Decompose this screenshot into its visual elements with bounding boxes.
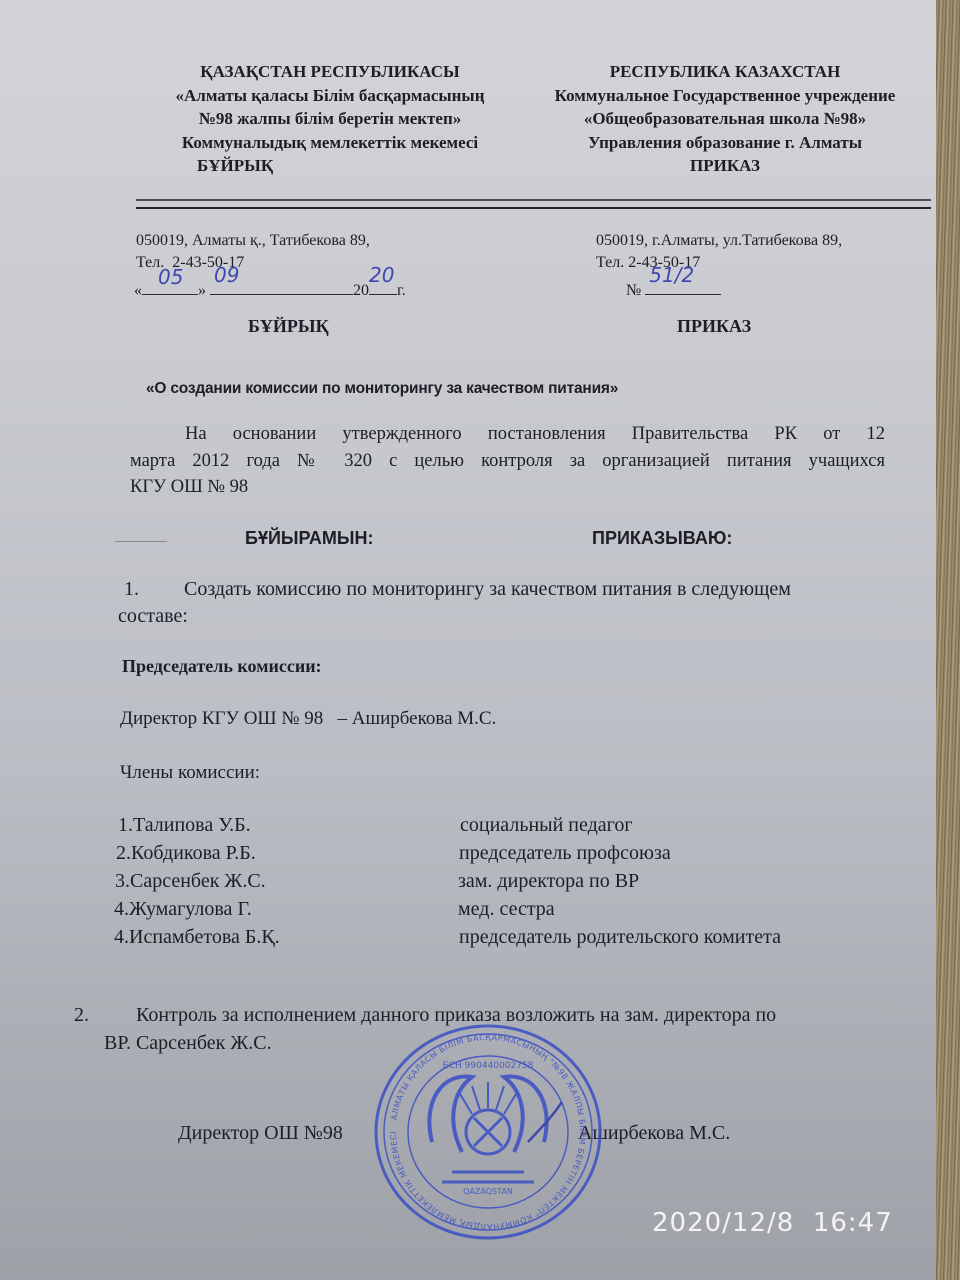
item-2-text-cont: ВР. Сарсенбек Ж.С.	[104, 1032, 272, 1055]
date-month-handwritten: 09	[214, 264, 239, 286]
header-kazakh-line: Коммуналыдық мемлекеттік мекемесі	[140, 131, 520, 155]
stamp-bin: БСН 990440002758	[443, 1061, 534, 1071]
member-name: 2.Кобдикова Р.Б.	[116, 842, 256, 865]
address-right-phone: Тел. 2-43-50-17	[596, 252, 842, 274]
header-divider-thick	[136, 207, 931, 209]
address-right-line: 050019, г.Алматы, ул.Татибекова 89,	[596, 230, 842, 252]
chairman-value: Директор КГУ ОШ № 98 – Аширбекова М.С.	[120, 708, 496, 730]
member-name: 4.Испамбетова Б.Қ.	[114, 926, 280, 949]
photo-timestamp: 2020/12/8 16:47	[652, 1208, 893, 1238]
address-left-line: 050019, Алматы қ., Татибекова 89,	[136, 230, 370, 252]
member-name: 4.Жумагулова Г.	[114, 898, 252, 921]
member-role: председатель профсоюза	[459, 842, 671, 865]
order-number-handwritten: 51/2	[649, 264, 694, 286]
preamble-line-2: марта 2012 года № 320 с целью контроля з…	[130, 451, 885, 472]
order-title-russian: ПРИКАЗ	[677, 316, 751, 337]
year-suffix-g: г.	[397, 282, 406, 299]
preamble-line-1: На основании утвержденного постановления…	[185, 424, 885, 445]
document-page: ҚАЗАҚСТАН РЕСПУБЛИКАСЫ «Алматы қаласы Бі…	[0, 0, 936, 1280]
chairman-label: Председатель комиссии:	[122, 656, 322, 677]
date-day-line: 05	[142, 276, 198, 295]
date-open-quote: «	[134, 282, 142, 299]
header-kazakh-line: №98 жалпы білім беретін мектеп»	[140, 107, 520, 131]
date-field: «05» 092020г.	[134, 276, 406, 302]
date-day-handwritten: 05	[158, 266, 183, 288]
order-subject: «О создании комиссии по мониторингу за к…	[146, 380, 618, 398]
command-dash	[115, 541, 167, 542]
header-russian-line: РЕСПУБЛИКА КАЗАХСТАН	[520, 60, 930, 84]
command-russian: ПРИКАЗЫВАЮ:	[592, 528, 732, 549]
year-prefix: 20	[353, 282, 369, 299]
member-name: 1.Талипова У.Б.	[118, 814, 251, 837]
item-1-text-cont: составе:	[118, 605, 188, 628]
header-russian-line: Коммунальное Государственное учреждение	[520, 84, 930, 108]
date-close-quote: »	[198, 282, 206, 299]
item-1-number: 1.	[124, 578, 139, 601]
order-number-line: 51/2	[645, 276, 721, 295]
wood-edge-background	[936, 0, 960, 1280]
member-role: председатель родительского комитета	[459, 926, 781, 949]
member-name: 3.Сарсенбек Ж.С.	[115, 870, 266, 893]
header-kazakh-doctype: БҰЙРЫҚ	[140, 154, 520, 178]
header-russian-line: Управления образование г. Алматы	[520, 131, 930, 155]
signature-title: Директор ОШ №98	[178, 1122, 343, 1145]
order-title-kazakh: БҰЙРЫҚ	[248, 316, 329, 337]
header-russian-doctype: ПРИКАЗ	[520, 154, 930, 178]
year-line: 20	[369, 276, 397, 295]
address-right: 050019, г.Алматы, ул.Татибекова 89, Тел.…	[596, 230, 842, 274]
members-label: Члены комиссии:	[120, 762, 260, 784]
header-kazakh-line: ҚАЗАҚСТАН РЕСПУБЛИКАСЫ	[140, 60, 520, 84]
preamble-line-3: КГУ ОШ № 98	[130, 477, 248, 498]
header-russian-line: «Общеобразовательная школа №98»	[520, 107, 930, 131]
item-1-text: Создать комиссию по мониторингу за качес…	[184, 578, 791, 601]
official-stamp-icon: АЛМАТЫ ҚАЛАСЫ БІЛІМ БАСҚАРМАСЫНЫҢ "№98 Ж…	[372, 1022, 604, 1242]
year-handwritten: 20	[369, 264, 394, 286]
stamp-emblem-text: QAZAQSTAN	[463, 1187, 513, 1196]
command-kazakh: БҰЙЫРАМЫН:	[245, 528, 374, 549]
member-role: зам. директора по ВР	[458, 870, 639, 893]
order-number-field: № 51/2	[626, 276, 721, 302]
member-role: мед. сестра	[458, 898, 555, 921]
member-role: социальный педагог	[460, 814, 633, 837]
header-kazakh-line: «Алматы қаласы Білім басқармасының	[140, 84, 520, 108]
item-2-number: 2.	[74, 1004, 89, 1027]
header-divider-thin	[136, 199, 931, 201]
header-russian: РЕСПУБЛИКА КАЗАХСТАН Коммунальное Госуда…	[520, 60, 930, 178]
header-kazakh: ҚАЗАҚСТАН РЕСПУБЛИКАСЫ «Алматы қаласы Бі…	[140, 60, 520, 178]
date-month-line: 09	[210, 276, 353, 295]
number-sign: №	[626, 282, 641, 299]
